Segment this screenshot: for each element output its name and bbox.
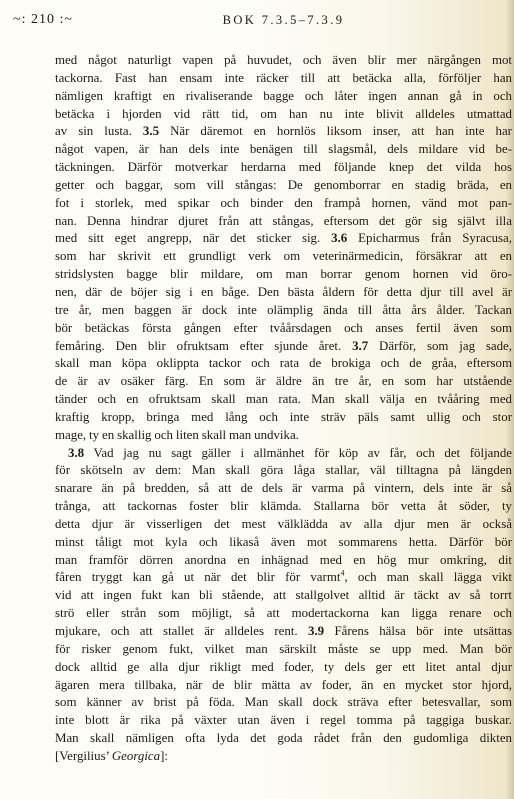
text-line: som har skrivit ett grundligt verk om ve… (55, 248, 512, 266)
running-header: BOK 7.3.5–7.3.9 (55, 13, 512, 28)
text-line: femåring. Den blir ofruktsam efter sjund… (55, 338, 512, 356)
text-line: något vapen, är han dels inte benägen ti… (55, 141, 512, 159)
text-line: [Vergilius’ Georgica]: (55, 748, 512, 766)
book-page: ~: 210 :~ BOK 7.3.5–7.3.9 med något natu… (0, 0, 514, 799)
text-line: betäcka i hjorden vid rätt tid, om han n… (55, 106, 512, 124)
text-line: med sitt eget angrepp, när det sticker s… (55, 230, 512, 248)
text-line: ägaren mera tillbaka, när de blir mätta … (55, 677, 512, 695)
text-line: tre år, men baggen är dock inte olämplig… (55, 302, 512, 320)
text-line: nen, där de böjer sig i en båge. Den bäs… (55, 284, 512, 302)
text-line: vid att ingen fukt kan bli stående, att … (55, 587, 512, 605)
text-line: dock alltid ge alla djur rikligt med fod… (55, 659, 512, 677)
text-line: trånga, att tackornas foster blir klämda… (55, 498, 512, 516)
text-line: för skötseln av dem: Man skall göra låga… (55, 462, 512, 480)
text-line: täckningen. Därför motverkar herdarna me… (55, 159, 512, 177)
text-line: snarare än på bredden, så att de dels är… (55, 480, 512, 498)
text-line: tackorna. Fast han ensam inte räcker til… (55, 70, 512, 88)
text-line: nämligen kraftigt en rivaliserande bagge… (55, 88, 512, 106)
text-line: med något naturligt vapen på huvudet, oc… (55, 52, 512, 70)
text-line: strö eller strån som möjligt, så att mod… (55, 605, 512, 623)
text-line: inte blott är rika på växter utan även i… (55, 712, 512, 730)
text-line: nan. Denna hindrar djuret från att stång… (55, 213, 512, 231)
text-line: mjukare, och att stallet är alldeles ren… (55, 623, 512, 641)
text-line: stridslysten bagge blir mildare, om man … (55, 266, 512, 284)
text-line: tänder och en ofruktsam skall man rata. … (55, 391, 512, 409)
text-line: mage, ty en skallig och liten skall man … (55, 427, 512, 445)
text-line: kraftig kropp, bringa med lång och inte … (55, 409, 512, 427)
text-line: fåren tryggt kan gå ut när det blir för … (55, 569, 512, 587)
text-line: getter och baggar, som vill stångas: De … (55, 177, 512, 195)
text-line: 3.8 Vad jag nu sagt gäller i allmänhet f… (55, 445, 512, 463)
text-line: de är av osäker färg. En som är äldre än… (55, 373, 512, 391)
text-line: man framför dörren anordna en inhägnad m… (55, 552, 512, 570)
text-line: minst tåligt mot kyla och likaså även mo… (55, 534, 512, 552)
text-line: för risker genom fukt, vilket man särski… (55, 641, 512, 659)
text-line: som känner av brist på föda. Man skall d… (55, 694, 512, 712)
text-line: bör betäckas första gången efter tvåårsd… (55, 320, 512, 338)
text-line: Man skall nämligen ofta lyda det goda rå… (55, 730, 512, 748)
text-line: av sin lusta. 3.5 När däremot en hornlös… (55, 123, 512, 141)
text-line: detta djur är visserligen det mest välkl… (55, 516, 512, 534)
text-line: skall man köpa oklippta tackor och rata … (55, 355, 512, 373)
text-block: med något naturligt vapen på huvudet, oc… (55, 52, 512, 766)
text-line: fot i storlek, med spikar och binder den… (55, 195, 512, 213)
